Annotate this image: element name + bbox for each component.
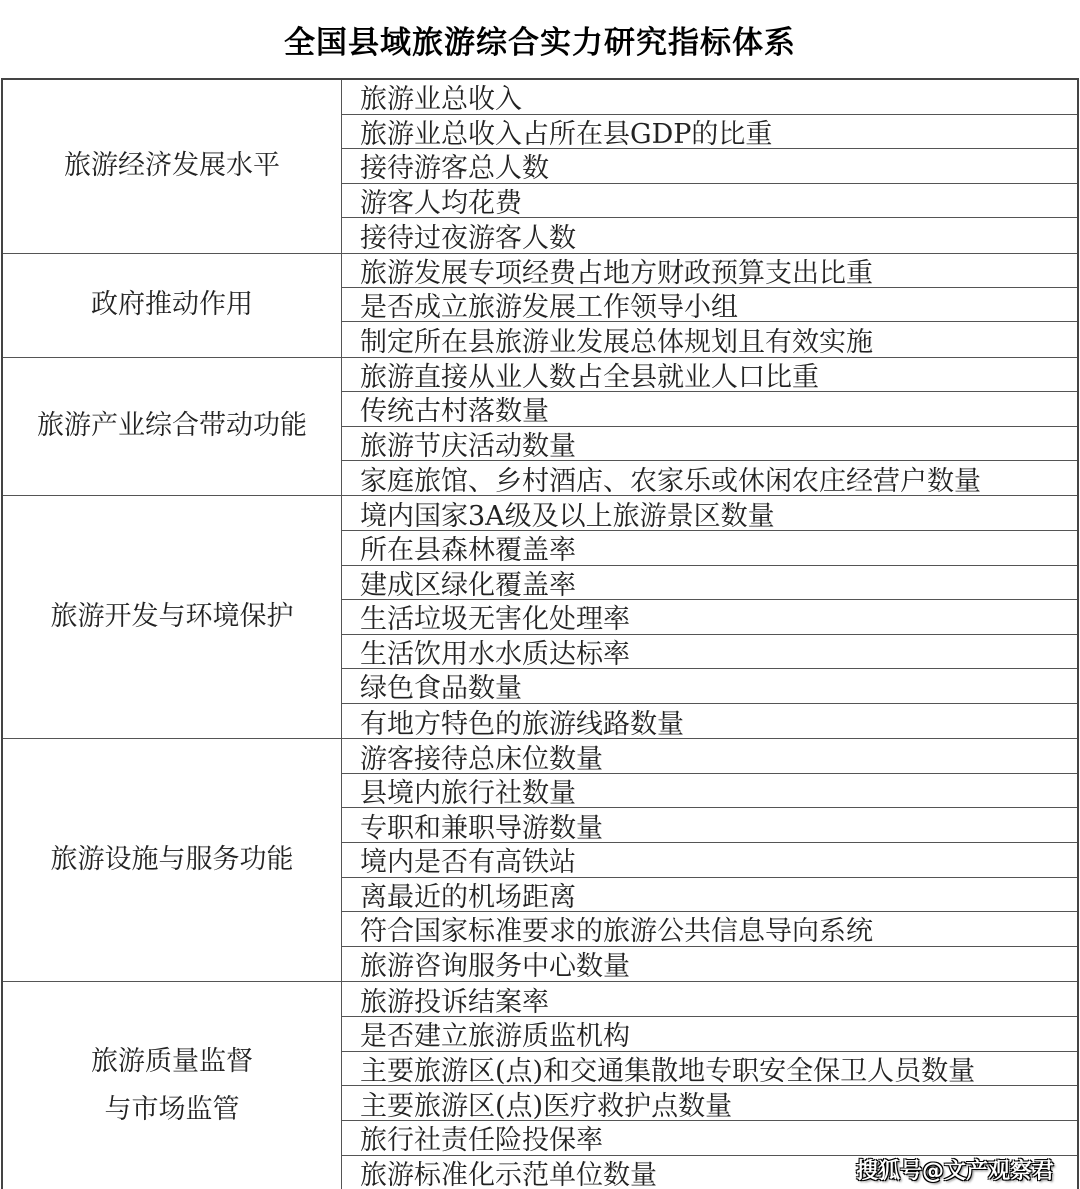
indicator-row: 生活饮用水水质达标率 (342, 635, 1077, 670)
indicator-row: 绿色食品数量 (342, 669, 1077, 704)
indicator-row: 旅游发展专项经费占地方财政预算支出比重 (342, 254, 1077, 288)
indicator-row: 旅游投诉结案率 (342, 982, 1077, 1017)
category-cell: 旅游产业综合带动功能 (3, 358, 342, 496)
indicator-section: 旅游产业综合带动功能旅游直接从业人数占全县就业人口比重传统古村落数量旅游节庆活动… (3, 358, 1077, 497)
indicator-row: 游客接待总床位数量 (342, 739, 1077, 774)
indicator-section: 旅游经济发展水平旅游业总收入旅游业总收入占所在县GDP的比重接待游客总人数游客人… (3, 80, 1077, 254)
indicator-section: 旅游开发与环境保护境内国家3A级及以上旅游景区数量所在县森林覆盖率建成区绿化覆盖… (3, 496, 1077, 739)
indicator-row: 境内国家3A级及以上旅游景区数量 (342, 496, 1077, 531)
category-cell: 旅游开发与环境保护 (3, 496, 342, 738)
indicator-row: 主要旅游区(点)和交通集散地专职安全保卫人员数量 (342, 1052, 1077, 1087)
category-label: 旅游产业综合带动功能 (37, 402, 307, 450)
indicator-row: 旅游业总收入 (342, 80, 1077, 115)
indicator-row: 旅游直接从业人数占全县就业人口比重 (342, 358, 1077, 392)
indicator-row: 接待游客总人数 (342, 149, 1077, 184)
indicator-row: 接待过夜游客人数 (342, 218, 1077, 253)
category-cell: 旅游质量监督与市场监管 (3, 982, 342, 1189)
indicator-row: 境内是否有高铁站 (342, 843, 1077, 878)
indicator-list: 旅游发展专项经费占地方财政预算支出比重是否成立旅游发展工作领导小组制定所在县旅游… (342, 254, 1077, 357)
indicator-row: 所在县森林覆盖率 (342, 531, 1077, 566)
indicator-row: 旅游节庆活动数量 (342, 427, 1077, 461)
category-cell: 旅游经济发展水平 (3, 80, 342, 253)
indicator-section: 政府推动作用旅游发展专项经费占地方财政预算支出比重是否成立旅游发展工作领导小组制… (3, 254, 1077, 358)
indicator-row: 旅行社责任险投保率 (342, 1121, 1077, 1156)
category-label: 政府推动作用 (91, 281, 253, 329)
indicator-section: 旅游设施与服务功能游客接待总床位数量县境内旅行社数量专职和兼职导游数量境内是否有… (3, 739, 1077, 982)
indicator-row: 主要旅游区(点)医疗救护点数量 (342, 1086, 1077, 1121)
indicator-list: 境内国家3A级及以上旅游景区数量所在县森林覆盖率建成区绿化覆盖率生活垃圾无害化处… (342, 496, 1077, 738)
indicator-row: 县境内旅行社数量 (342, 774, 1077, 809)
page-title: 全国县域旅游综合实力研究指标体系 (0, 0, 1080, 78)
indicator-list: 旅游直接从业人数占全县就业人口比重传统古村落数量旅游节庆活动数量家庭旅馆、乡村酒… (342, 358, 1077, 496)
indicator-table: 旅游经济发展水平旅游业总收入旅游业总收入占所在县GDP的比重接待游客总人数游客人… (1, 78, 1079, 1189)
category-label: 旅游开发与环境保护 (51, 593, 294, 641)
category-cell: 政府推动作用 (3, 254, 342, 357)
category-label: 旅游质量监督 (91, 1038, 253, 1086)
indicator-row: 生活垃圾无害化处理率 (342, 600, 1077, 635)
indicator-row: 有地方特色的旅游线路数量 (342, 704, 1077, 739)
indicator-row: 游客人均花费 (342, 184, 1077, 219)
category-cell: 旅游设施与服务功能 (3, 739, 342, 981)
indicator-row: 建成区绿化覆盖率 (342, 566, 1077, 601)
indicator-row: 是否成立旅游发展工作领导小组 (342, 288, 1077, 322)
watermark: 搜狐号@文产观察君 (856, 1154, 1054, 1185)
category-label: 旅游设施与服务功能 (51, 836, 294, 884)
indicator-row: 传统古村落数量 (342, 392, 1077, 426)
indicator-row: 离最近的机场距离 (342, 878, 1077, 913)
category-label: 旅游经济发展水平 (64, 142, 280, 190)
category-label: 与市场监管 (105, 1086, 240, 1134)
indicator-row: 符合国家标准要求的旅游公共信息导向系统 (342, 912, 1077, 947)
indicator-row: 专职和兼职导游数量 (342, 808, 1077, 843)
indicator-row: 制定所在县旅游业发展总体规划且有效实施 (342, 322, 1077, 356)
indicator-row: 旅游咨询服务中心数量 (342, 947, 1077, 982)
indicator-row: 旅游业总收入占所在县GDP的比重 (342, 115, 1077, 150)
indicator-list: 游客接待总床位数量县境内旅行社数量专职和兼职导游数量境内是否有高铁站离最近的机场… (342, 739, 1077, 981)
indicator-row: 家庭旅馆、乡村酒店、农家乐或休闲农庄经营户数量 (342, 461, 1077, 495)
indicator-list: 旅游业总收入旅游业总收入占所在县GDP的比重接待游客总人数游客人均花费接待过夜游… (342, 80, 1077, 253)
indicator-row: 是否建立旅游质监机构 (342, 1017, 1077, 1052)
